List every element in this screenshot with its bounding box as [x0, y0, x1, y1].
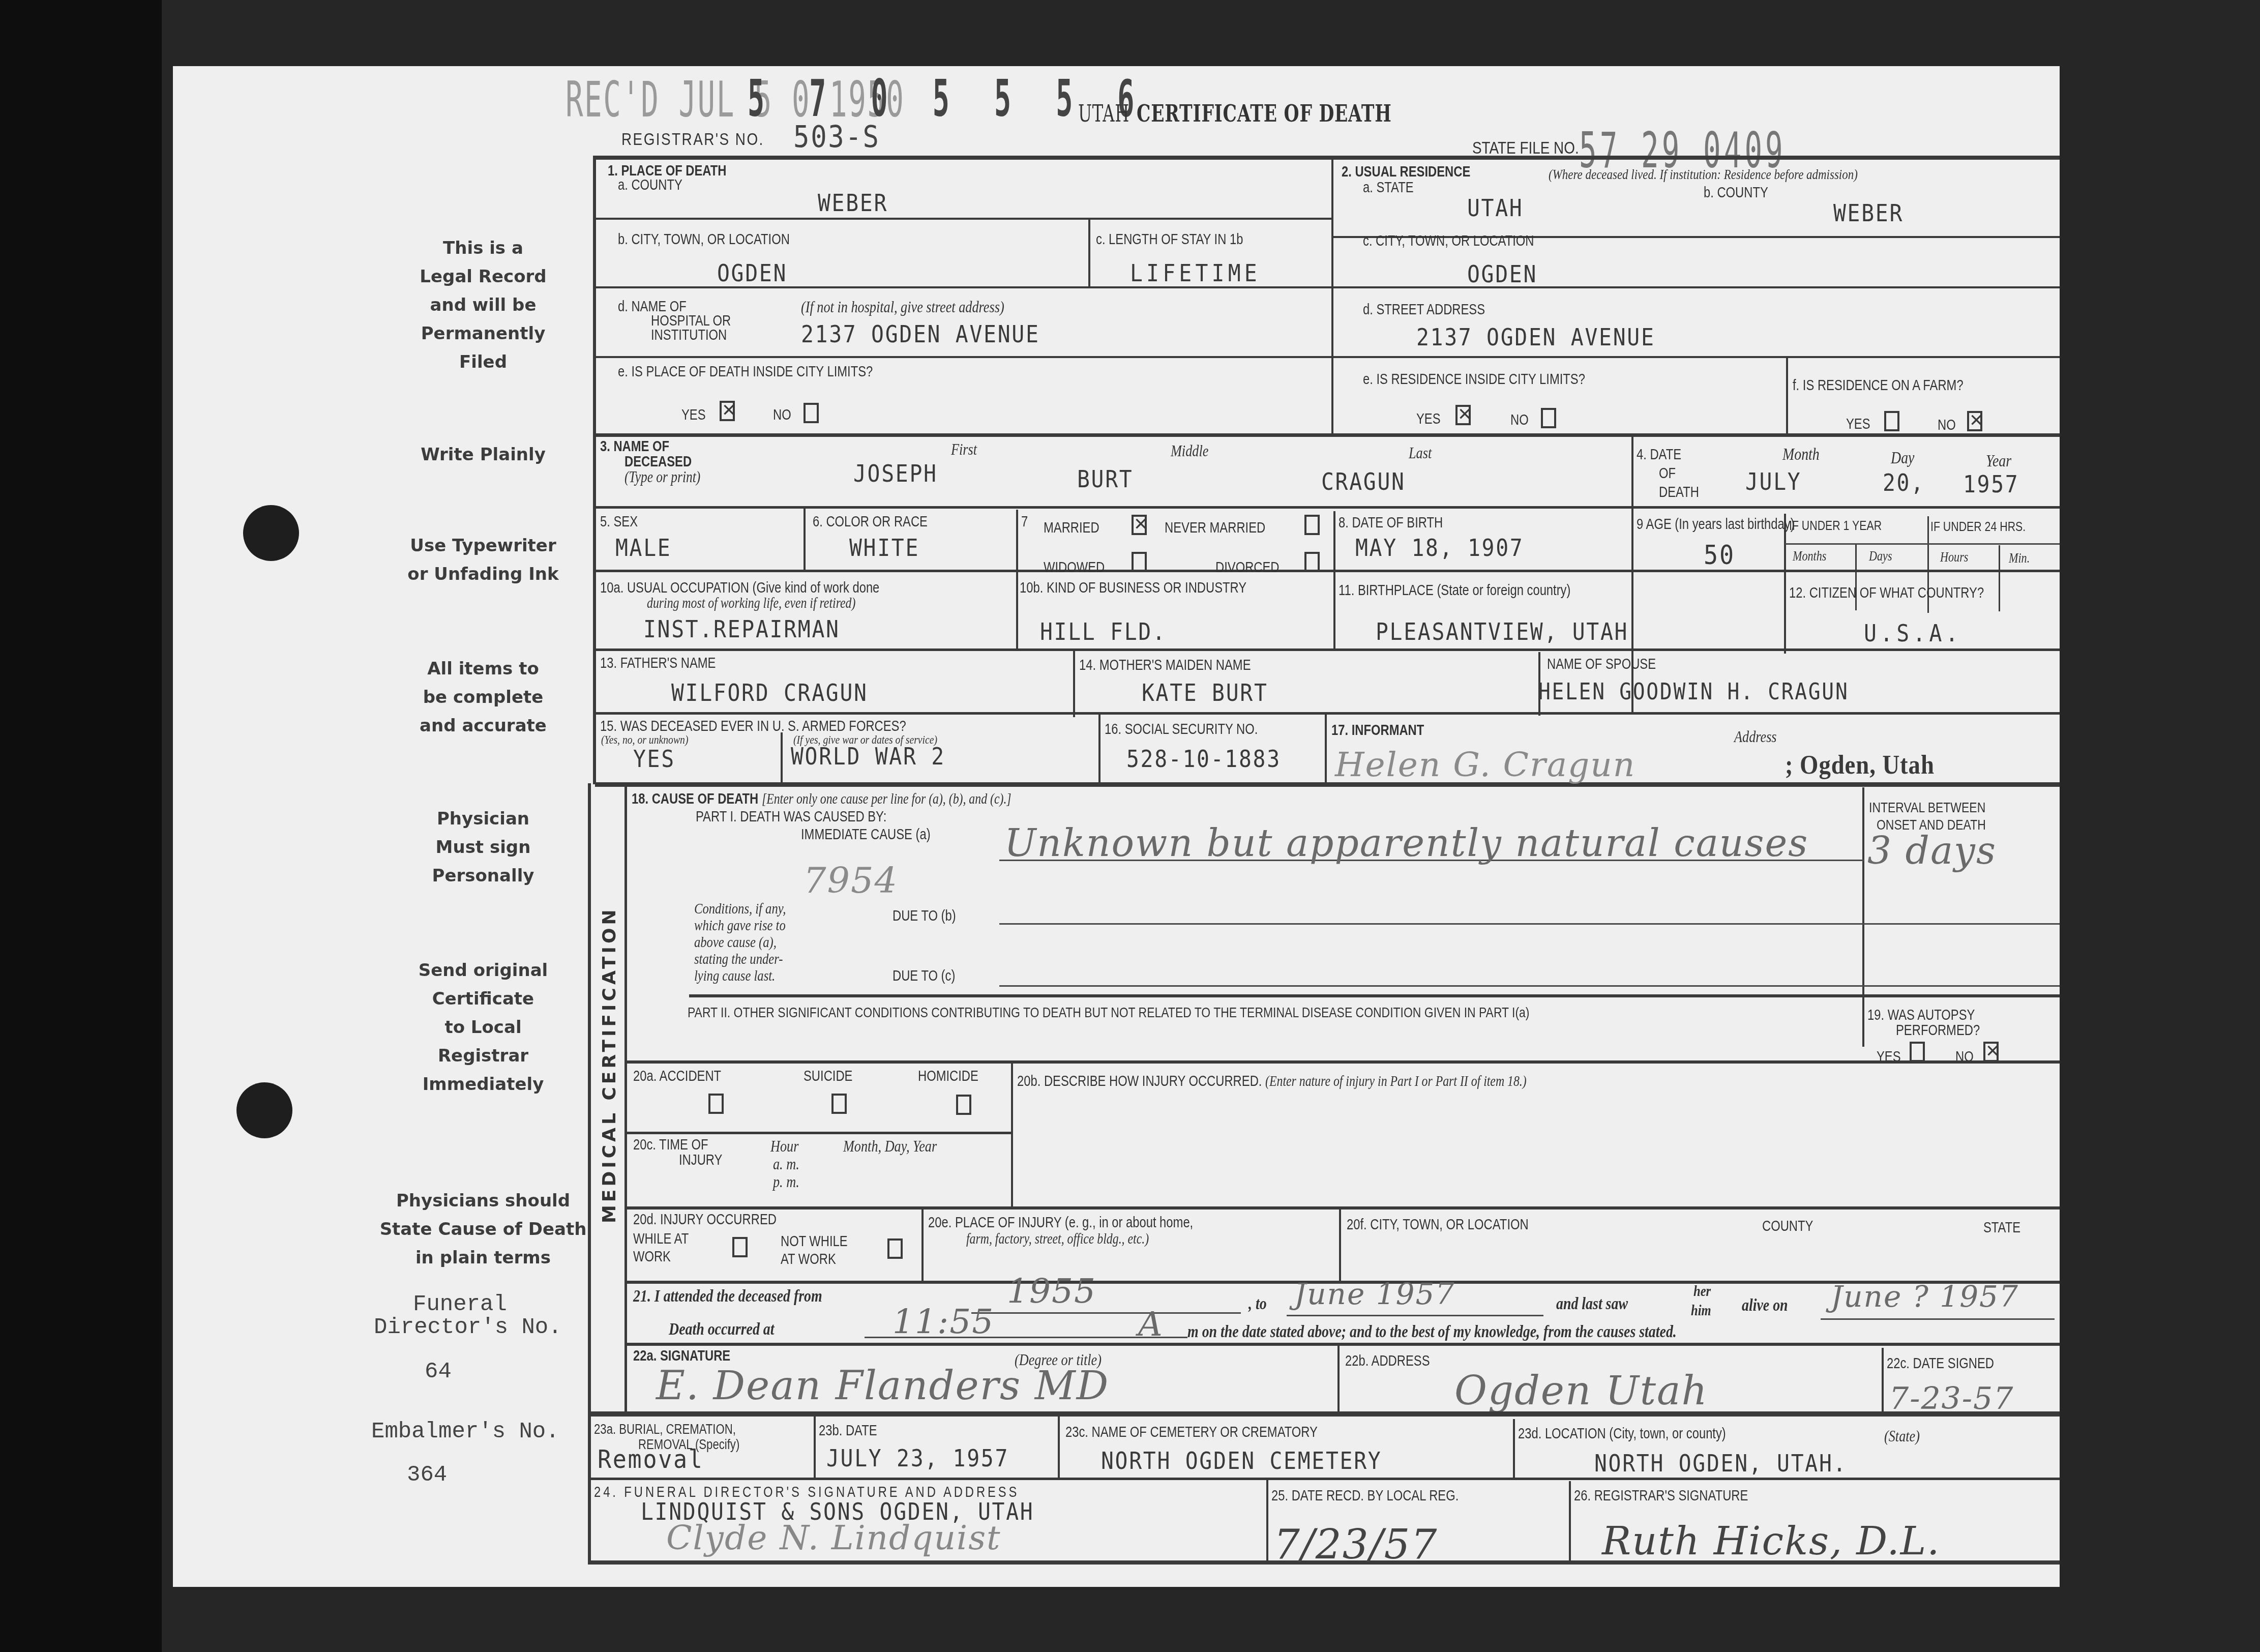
divorced-label: DIVORCED [1215, 559, 1280, 576]
divider-20d-20e [921, 1208, 924, 1283]
last-name-label: Last [1409, 444, 1432, 462]
death-year: 1957 [1963, 470, 2019, 498]
page-title: CERTIFICATE OF DEATH [1137, 100, 1392, 127]
item4-label-1: 4. DATE [1637, 447, 1681, 463]
alive-on-label: alive on [1742, 1296, 1788, 1315]
item3-label-1: 3. NAME OF [600, 438, 669, 455]
deceased-first-name: JOSEPH [853, 460, 938, 487]
divider-25-26 [1569, 1481, 1571, 1562]
time-of-death: 11:55 [893, 1302, 994, 1341]
date-of-birth: MAY 18, 1907 [1355, 534, 1524, 562]
item20f-state-label: STATE [1983, 1220, 2020, 1236]
onset-interval: 3 days [1867, 829, 1997, 873]
item10b-label: 10b. KIND OF BUSINESS OR INDUSTRY [1020, 580, 1246, 597]
death-day: 20, [1883, 469, 1925, 496]
death-occurred-tail: m on the date stated above; and to the b… [1187, 1322, 1677, 1342]
never-married-checkbox[interactable] [1304, 515, 1320, 535]
registrars-no-label: REGISTRAR'S NO. [621, 130, 764, 150]
item2d-label: d. STREET ADDRESS [1363, 302, 1485, 318]
line-1b [595, 286, 2060, 288]
item1e-no-label: NO [773, 407, 791, 424]
item2c-label: c. CITY, TOWN, OR LOCATION [1363, 233, 1534, 250]
item23d-state-label: (State) [1884, 1427, 1920, 1445]
divider-15-yes-war [781, 732, 783, 783]
item10a-label: 10a. USUAL OCCUPATION (Give kind of work… [600, 580, 879, 597]
residence-city: OGDEN [1467, 260, 1537, 288]
attended-from-line [971, 1312, 1241, 1314]
residence-state: UTAH [1467, 194, 1524, 222]
sex-value: MALE [615, 534, 672, 562]
date-received-local-reg: 7/23/57 [1274, 1521, 1438, 1568]
married-label: MARRIED [1044, 520, 1099, 537]
item2f-yes-label: YES [1846, 416, 1870, 433]
embalmer-label: Embalmer's No. [371, 1419, 559, 1444]
widowed-checkbox[interactable] [1132, 552, 1147, 572]
while-at-work-label-1: WHILE AT [633, 1231, 689, 1248]
due-to-c-line [999, 985, 2060, 987]
homicide-label: HOMICIDE [918, 1068, 978, 1085]
form-left-border-upper [593, 156, 596, 784]
divider-6-7 [1016, 510, 1018, 650]
registrar-signature: Ruth Hicks, D.L. [1602, 1518, 1940, 1563]
item7-number: 7 [1021, 514, 1028, 530]
residence-street: 2137 OGDEN AVENUE [1416, 323, 1655, 351]
item2e-no-label: NO [1510, 412, 1529, 429]
line-18 [626, 1060, 2060, 1064]
item10a-label-2: during most of working life, even if ret… [647, 595, 855, 612]
item3-label-3: (Type or print) [625, 468, 700, 486]
while-at-work-checkbox[interactable] [732, 1237, 748, 1257]
line-10 [595, 648, 2060, 651]
autopsy-no-label: NO [1955, 1049, 1974, 1066]
him-label: him [1691, 1302, 1711, 1319]
due-to-c-label: DUE TO (c) [893, 968, 955, 985]
punch-hole-top [243, 505, 299, 561]
item1e-yes-checkbox[interactable]: ✕ [720, 401, 735, 421]
divider-1-2 [1331, 158, 1333, 435]
divider-23a-23b [814, 1415, 816, 1479]
item20c-label-1: 20c. TIME OF [633, 1137, 708, 1154]
item22c-label: 22c. DATE SIGNED [1887, 1355, 1994, 1372]
residence-county: WEBER [1833, 199, 1904, 227]
physician-address: Ogden Utah [1454, 1368, 1708, 1414]
usual-occupation: INST.REPAIRMAN [643, 615, 840, 643]
divider-23c-23d [1513, 1419, 1515, 1480]
not-while-at-work-checkbox[interactable] [887, 1238, 903, 1259]
item1e-yes-label: YES [681, 407, 706, 424]
margin-note-complete: All items tobe completeand accurate [376, 655, 590, 740]
part1-label: PART I. DEATH WAS CAUSED BY: [696, 809, 886, 825]
margin-note-plain-terms: Physicians shouldState Cause of Deathin … [366, 1187, 600, 1272]
line-20a [626, 1132, 1012, 1134]
item1b-label: b. CITY, TOWN, OR LOCATION [618, 231, 790, 248]
item26-label: 26. REGISTRAR'S SIGNATURE [1574, 1488, 1748, 1504]
item6-label: 6. COLOR OR RACE [813, 514, 928, 530]
month-day-year-label: Month, Day, Year [843, 1137, 937, 1156]
item1d-label-3: INSTITUTION [651, 327, 727, 344]
cemetery-name: NORTH OGDEN CEMETERY [1101, 1447, 1382, 1474]
deceased-last-name: CRAGUN [1321, 468, 1406, 495]
embalmer-no: 364 [407, 1462, 447, 1488]
days-label: Days [1869, 548, 1892, 564]
item2-hint: (Where deceased lived. If institution: R… [1549, 167, 1858, 183]
divider-hours-min [1999, 545, 2000, 611]
deceased-middle-name: BURT [1077, 465, 1134, 493]
item20d-label: 20d. INJURY OCCURRED [633, 1212, 777, 1228]
line-under-headers [1785, 543, 2060, 545]
spouse-label: NAME OF SPOUSE [1547, 656, 1656, 673]
physician-signature: E. Dean Flanders MD [656, 1363, 1109, 1409]
autopsy-yes-label: YES [1877, 1049, 1901, 1066]
attended-to-line [1287, 1315, 1543, 1316]
item2e-no-checkbox[interactable] [1541, 408, 1556, 428]
item9-label: 9 AGE (In years last birthday) [1637, 516, 1795, 533]
due-to-b-label: DUE TO (b) [893, 908, 956, 925]
armed-forces-yes: YES [633, 745, 675, 773]
item2e-label: e. IS RESIDENCE INSIDE CITY LIMITS? [1363, 371, 1585, 388]
disposition-date: JULY 23, 1957 [826, 1444, 1009, 1472]
age-value: 50 [1704, 540, 1735, 571]
item23d-label: 23d. LOCATION (City, town, or county) [1518, 1426, 1726, 1442]
length-of-stay: LIFETIME [1130, 259, 1261, 287]
item20f-county-label: COUNTY [1762, 1218, 1813, 1235]
item20c-label-2: INJURY [679, 1152, 722, 1169]
homicide-checkbox[interactable] [956, 1095, 971, 1115]
item2f-label: f. IS RESIDENCE ON A FARM? [1793, 377, 1964, 394]
interval-label-1: INTERVAL BETWEEN [1869, 800, 1985, 816]
divider-20a-20b [1011, 1062, 1013, 1209]
min-label: Min. [2009, 550, 2030, 566]
suicide-checkbox[interactable] [831, 1094, 847, 1114]
item22a-label: 22a. SIGNATURE [633, 1348, 730, 1365]
birthplace: PLEASANTVIEW, UTAH [1376, 618, 1628, 645]
conditions-hint: Conditions, if any,which gave rise toabo… [694, 900, 786, 984]
line-22 [590, 1411, 2060, 1417]
mothers-maiden-name: KATE BURT [1142, 679, 1268, 706]
death-occurred-label: Death occurred at [669, 1320, 775, 1339]
immediate-cause: Unknown but apparently natural causes [1004, 821, 1808, 865]
item20e-label-2: farm, factory, street, office bldg., etc… [966, 1231, 1149, 1248]
item17-label: 17. INFORMANT [1331, 722, 1424, 739]
first-name-label: First [951, 440, 977, 459]
months-label: Months [1793, 548, 1826, 564]
autopsy-no-checkbox[interactable]: ✕ [1983, 1042, 1999, 1062]
month-label: Month [1782, 445, 1820, 464]
line-3 [595, 506, 2060, 509]
disposition: Removal [598, 1444, 704, 1474]
informant-address: ; Ogden, Utah [1785, 750, 1935, 780]
time-am-pm: A [1138, 1305, 1164, 1344]
line-15 [595, 782, 2060, 787]
item1a-label: a. COUNTY [618, 177, 682, 194]
her-label: her [1693, 1283, 1711, 1300]
under-24-hrs-label: IF UNDER 24 HRS. [1930, 519, 2026, 535]
attended-from: 1955 [1007, 1272, 1096, 1311]
line-20c [626, 1206, 2060, 1209]
not-while-at-work-label-1: NOT WHILE [781, 1233, 848, 1250]
item2a-label: a. STATE [1363, 180, 1414, 196]
item23b-label: 23b. DATE [819, 1423, 877, 1439]
year-label: Year [1986, 452, 2011, 471]
item20b-label: 20b. DESCRIBE HOW INJURY OCCURRED. (Ente… [1017, 1073, 1527, 1090]
item23a-label-1: 23a. BURIAL, CREMATION, [594, 1422, 736, 1437]
item23c-label: 23c. NAME OF CEMETERY OR CREMATORY [1065, 1424, 1318, 1441]
to-label: , to [1248, 1294, 1267, 1314]
item15-label: 15. WAS DECEASED EVER IN U. S. ARMED FOR… [600, 718, 906, 735]
divider-13-14 [1073, 651, 1075, 717]
item20a-label: 20a. ACCIDENT [633, 1068, 721, 1085]
death-county: WEBER [818, 189, 888, 217]
margin-note-write-plainly: Write Plainly [376, 440, 590, 469]
widowed-label: WIDOWED [1044, 559, 1105, 576]
social-security-no: 528-10-1883 [1126, 745, 1281, 773]
item2f-yes-checkbox[interactable] [1884, 411, 1899, 431]
attended-label: 21. I attended the deceased from [633, 1287, 822, 1306]
divider-16-17 [1325, 715, 1327, 783]
race-value: WHITE [849, 534, 919, 562]
divider-22a-22b [1337, 1345, 1340, 1414]
day-label: Day [1891, 449, 1914, 468]
suicide-label: SUICIDE [804, 1068, 852, 1085]
item22b-label: 22b. ADDRESS [1345, 1353, 1430, 1370]
spouse-name: HELEN GOODWIN H. CRAGUN [1538, 679, 1849, 705]
am-label: a. m. [773, 1155, 799, 1173]
alive-on-line [1821, 1318, 2055, 1320]
immediate-cause-label: IMMEDIATE CAUSE (a) [801, 827, 931, 843]
autopsy-label-2: PERFORMED? [1896, 1022, 1980, 1039]
margin-note-typewriter: Use Typewriteror Unfading Ink [376, 532, 590, 588]
form-left-border-lower [588, 783, 591, 1565]
divider-20e-20f [1339, 1209, 1341, 1283]
item5-label: 5. SEX [600, 514, 638, 530]
medical-certification-label: MEDICAL CERTIFICATION [599, 906, 620, 1223]
item2f-no-checkbox[interactable]: ✕ [1967, 411, 1982, 431]
item1e-no-checkbox[interactable] [804, 403, 819, 423]
line-1e [595, 433, 2060, 437]
margin-note-physician-sign: PhysicianMust signPersonally [376, 805, 590, 890]
last-saw-label: and last saw [1556, 1294, 1628, 1314]
middle-name-label: Middle [1171, 441, 1208, 460]
margin-note-legal-record: This is aLegal Recordand will bePermanen… [376, 234, 590, 376]
item2e-yes-checkbox[interactable]: ✕ [1455, 405, 1471, 425]
line-21 [626, 1343, 2060, 1346]
form-top-border [594, 156, 2060, 160]
item8-label: 8. DATE OF BIRTH [1339, 515, 1443, 532]
funeral-director-label-2: Director's No. [374, 1315, 562, 1340]
scanner-edge [0, 0, 162, 1652]
citizenship: U.S.A. [1864, 619, 1962, 647]
fathers-name: WILFORD CRAGUN [671, 679, 868, 706]
war-served: WORLD WAR 2 [791, 743, 945, 770]
cause-code: 7954 [804, 860, 898, 901]
registrars-no: 503-S [793, 120, 880, 154]
divider-7-8 [1333, 511, 1335, 650]
title-prefix: UTAH [1078, 100, 1129, 127]
line-23 [590, 1478, 2060, 1480]
funeral-director-no: 64 [425, 1359, 452, 1384]
item2f-no-label: NO [1938, 417, 1956, 434]
item1d-hint: (If not in hospital, give street address… [801, 298, 1004, 316]
item2-label: 2. USUAL RESIDENCE [1342, 164, 1470, 181]
item1e-label: e. IS PLACE OF DEATH INSIDE CITY LIMITS? [618, 364, 873, 380]
never-married-label: NEVER MARRIED [1165, 520, 1265, 537]
item4-label-2: OF [1659, 465, 1676, 482]
item2b-label: b. COUNTY [1704, 185, 1768, 201]
item14-label: 14. MOTHER'S MAIDEN NAME [1079, 657, 1251, 674]
autopsy-yes-checkbox[interactable] [1910, 1042, 1925, 1062]
last-seen-alive: June ? 1957 [1831, 1279, 2019, 1314]
informant-signature: Helen G. Cragun [1335, 745, 1635, 784]
pm-label: p. m. [773, 1172, 799, 1191]
divider-interval [1862, 787, 1864, 1047]
line-1d [595, 356, 2060, 358]
kind-of-business: HILL FLD. [1040, 618, 1167, 645]
medical-side-divider [625, 786, 627, 1411]
margin-note-send-original: Send originalCertificateto LocalRegistra… [376, 956, 590, 1099]
divider-2e-2f [1786, 357, 1788, 436]
divider-15-16 [1098, 715, 1101, 783]
divider-11-12 [1784, 572, 1786, 654]
item20f-label: 20f. CITY, TOWN, OR LOCATION [1347, 1217, 1529, 1233]
line-13 [595, 712, 2060, 715]
item25-label: 25. DATE RECD. BY LOCAL REG. [1271, 1488, 1459, 1504]
while-at-work-label-2: WORK [633, 1249, 671, 1265]
burial-location: NORTH OGDEN, UTAH. [1594, 1450, 1847, 1477]
death-city: OGDEN [717, 259, 787, 287]
hospital-or-address: 2137 OGDEN AVENUE [801, 320, 1040, 348]
funeral-director-signature: Clyde N. Lindquist [666, 1518, 1001, 1557]
item1c-label: c. LENGTH OF STAY IN 1b [1096, 231, 1243, 248]
item4-label-3: DEATH [1659, 484, 1699, 501]
line-5 [595, 570, 2060, 572]
divider-22b-22c [1882, 1348, 1884, 1414]
divider-1b-1c [1088, 219, 1090, 287]
funeral-director-label: Funeral [413, 1292, 507, 1317]
punch-hole-bottom [236, 1082, 292, 1138]
part2-label: PART II. OTHER SIGNIFICANT CONDITIONS CO… [688, 1005, 1529, 1021]
item2e-yes-label: YES [1416, 411, 1441, 428]
married-checkbox[interactable]: ✕ [1132, 515, 1147, 535]
divorced-checkbox[interactable] [1304, 552, 1320, 572]
due-to-b-line [999, 923, 2060, 925]
accident-checkbox[interactable] [708, 1094, 724, 1114]
death-month: JULY [1745, 468, 1802, 495]
autopsy-label-1: 19. WAS AUTOPSY [1867, 1007, 1975, 1024]
hours-label: Hours [1940, 549, 1968, 565]
not-while-at-work-label-2: AT WORK [781, 1251, 836, 1268]
attended-to: June 1957 [1294, 1277, 1455, 1311]
item13-label: 13. FATHER'S NAME [600, 655, 716, 672]
line-part1-end [689, 994, 2060, 997]
item20e-label: 20e. PLACE OF INJURY (e. g., in or about… [928, 1215, 1193, 1231]
item11-label: 11. BIRTHPLACE (State or foreign country… [1339, 582, 1570, 599]
informant-address-label: Address [1734, 727, 1777, 746]
hour-label: Hour [770, 1137, 798, 1156]
divider-5-6 [804, 509, 806, 571]
item12-label: 12. CITIZEN OF WHAT COUNTRY? [1789, 585, 1984, 602]
item16-label: 16. SOCIAL SECURITY NO. [1105, 721, 1258, 738]
divider-23b-23c [1058, 1417, 1060, 1480]
divider-24-25 [1266, 1480, 1268, 1562]
under-1-year-label: IF UNDER 1 YEAR [1789, 518, 1882, 534]
item18-label: 18. CAUSE OF DEATH [Enter only one cause… [632, 791, 1012, 808]
line-1a [595, 218, 1332, 220]
